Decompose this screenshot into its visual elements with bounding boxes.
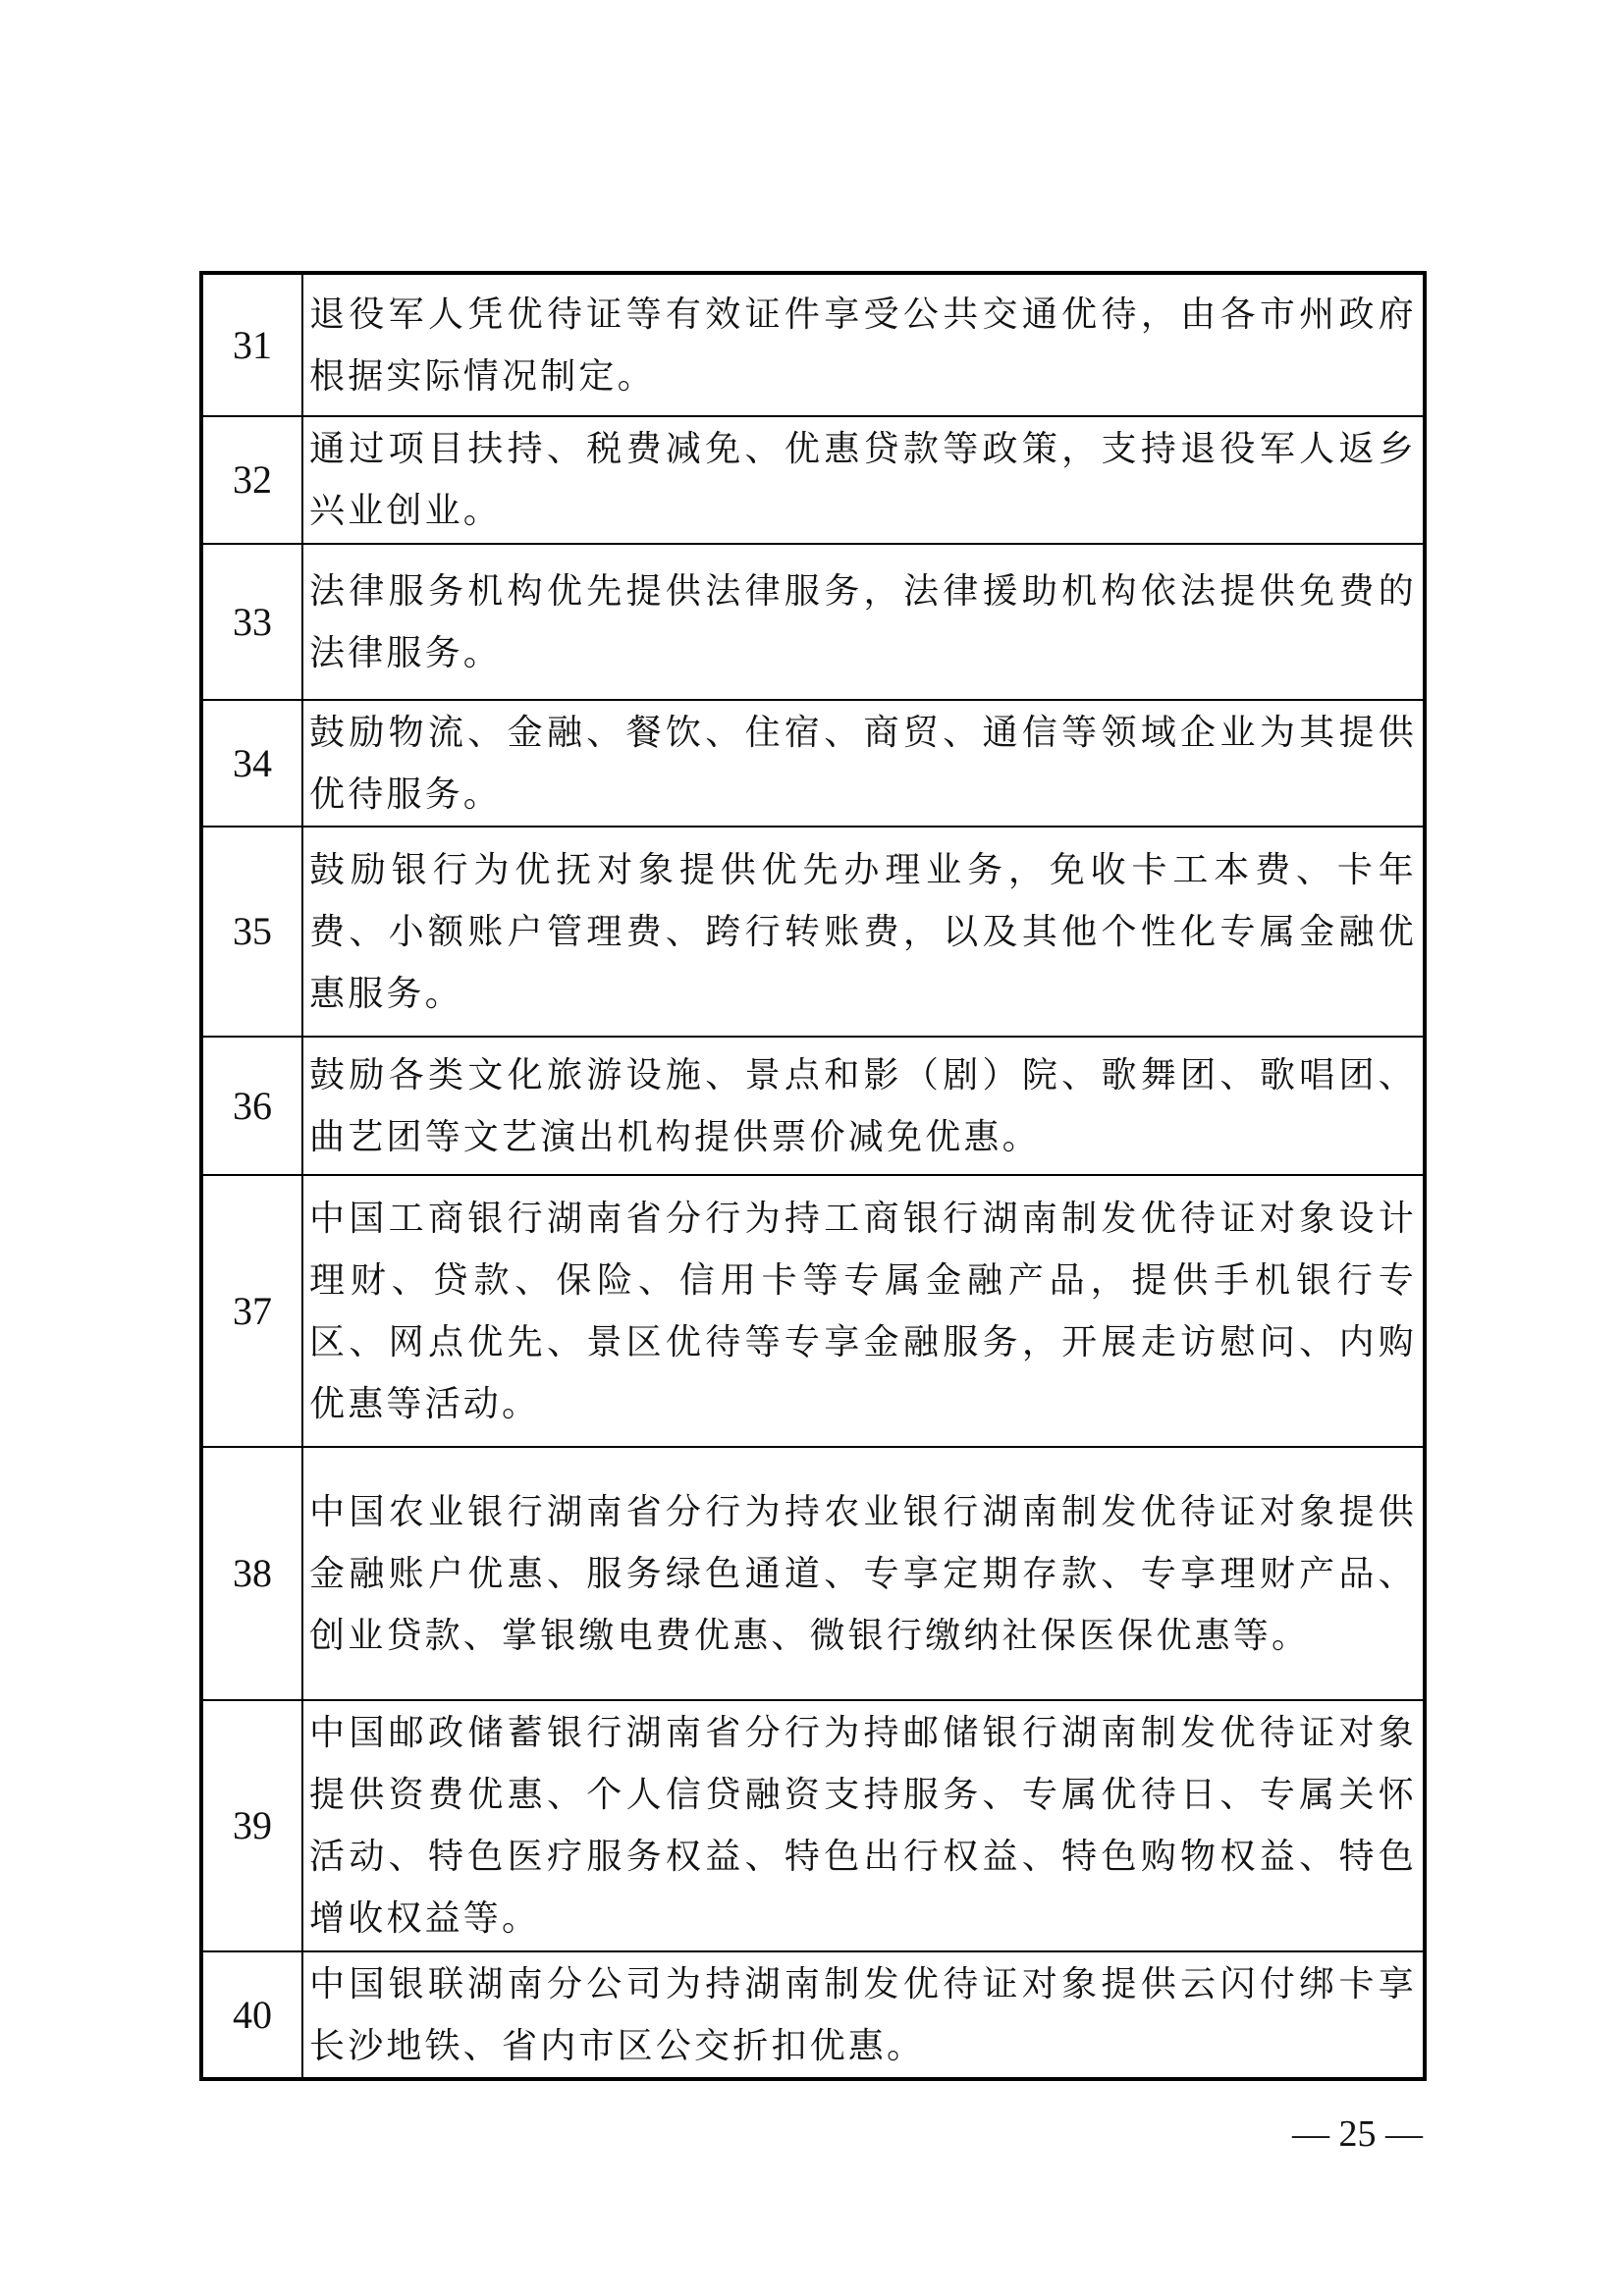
table-row: 35 鼓励银行为优抚对象提供优先办理业务，免收卡工本费、卡年费、小额账户管理费、… xyxy=(201,827,1425,1037)
table-row: 33 法律服务机构优先提供法律服务，法律援助机构依法提供免费的法律服务。 xyxy=(201,544,1425,700)
table-row: 40 中国银联湖南分公司为持湖南制发优待证对象提供云闪付绑卡享长沙地铁、省内市区… xyxy=(201,1951,1425,2079)
row-number: 35 xyxy=(201,827,302,1037)
row-number: 40 xyxy=(201,1951,302,2079)
table-row: 38 中国农业银行湖南省分行为持农业银行湖南制发优待证对象提供金融账户优惠、服务… xyxy=(201,1447,1425,1700)
row-text: 法律服务机构优先提供法律服务，法律援助机构依法提供免费的法律服务。 xyxy=(302,544,1425,700)
row-number: 32 xyxy=(201,416,302,544)
row-text: 中国农业银行湖南省分行为持农业银行湖南制发优待证对象提供金融账户优惠、服务绿色通… xyxy=(302,1447,1425,1700)
table-row: 39 中国邮政储蓄银行湖南省分行为持邮储银行湖南制发优待证对象提供资费优惠、个人… xyxy=(201,1700,1425,1951)
row-text: 中国银联湖南分公司为持湖南制发优待证对象提供云闪付绑卡享长沙地铁、省内市区公交折… xyxy=(302,1951,1425,2079)
table-row: 34 鼓励物流、金融、餐饮、住宿、商贸、通信等领域企业为其提供优待服务。 xyxy=(201,700,1425,827)
row-number: 33 xyxy=(201,544,302,700)
row-text: 鼓励物流、金融、餐饮、住宿、商贸、通信等领域企业为其提供优待服务。 xyxy=(302,700,1425,827)
row-text: 中国工商银行湖南省分行为持工商银行湖南制发优待证对象设计理财、贷款、保险、信用卡… xyxy=(302,1175,1425,1447)
benefits-table: 31 退役军人凭优待证等有效证件享受公共交通优待，由各市州政府根据实际情况制定。… xyxy=(199,271,1427,2081)
row-text: 鼓励银行为优抚对象提供优先办理业务，免收卡工本费、卡年费、小额账户管理费、跨行转… xyxy=(302,827,1425,1037)
row-text: 通过项目扶持、税费减免、优惠贷款等政策，支持退役军人返乡兴业创业。 xyxy=(302,416,1425,544)
table-row: 31 退役军人凭优待证等有效证件享受公共交通优待，由各市州政府根据实际情况制定。 xyxy=(201,273,1425,416)
row-text: 退役军人凭优待证等有效证件享受公共交通优待，由各市州政府根据实际情况制定。 xyxy=(302,273,1425,416)
row-text: 鼓励各类文化旅游设施、景点和影（剧）院、歌舞团、歌唱团、曲艺团等文艺演出机构提供… xyxy=(302,1037,1425,1175)
table-row: 37 中国工商银行湖南省分行为持工商银行湖南制发优待证对象设计理财、贷款、保险、… xyxy=(201,1175,1425,1447)
table-row: 36 鼓励各类文化旅游设施、景点和影（剧）院、歌舞团、歌唱团、曲艺团等文艺演出机… xyxy=(201,1037,1425,1175)
row-text: 中国邮政储蓄银行湖南省分行为持邮储银行湖南制发优待证对象提供资费优惠、个人信贷融… xyxy=(302,1700,1425,1951)
row-number: 38 xyxy=(201,1447,302,1700)
page-number: — 25 — xyxy=(1286,2112,1429,2156)
row-number: 39 xyxy=(201,1700,302,1951)
table-row: 32 通过项目扶持、税费减免、优惠贷款等政策，支持退役军人返乡兴业创业。 xyxy=(201,416,1425,544)
row-number: 36 xyxy=(201,1037,302,1175)
row-number: 37 xyxy=(201,1175,302,1447)
row-number: 31 xyxy=(201,273,302,416)
row-number: 34 xyxy=(201,700,302,827)
